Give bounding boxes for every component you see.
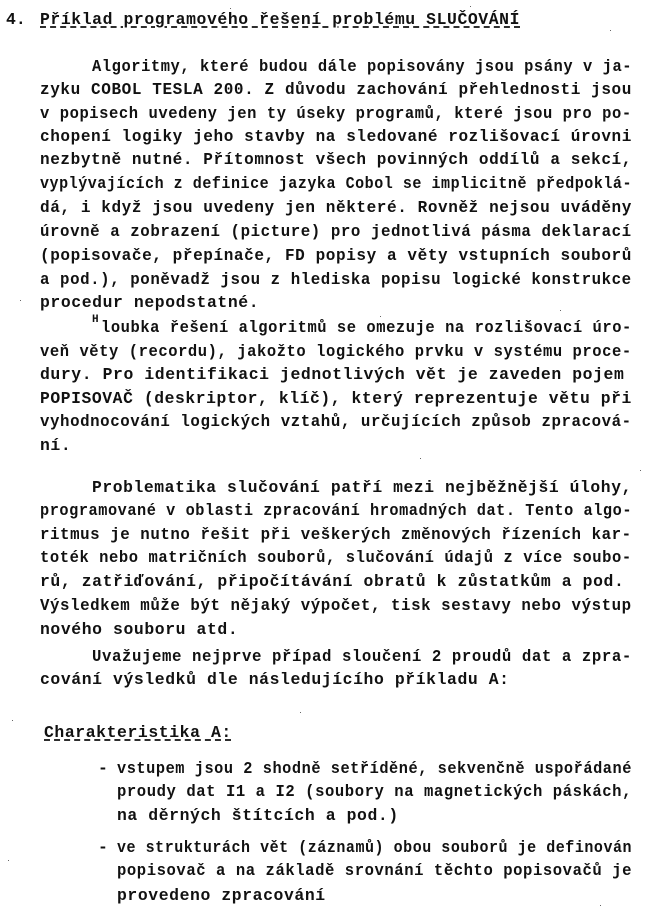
text-line: zyku COBOL TESLA 200. Z důvodu zachování… (40, 80, 632, 100)
text-line: cování výsledků dle následujícího příkla… (40, 670, 510, 690)
text-line: provedeno zpracování (117, 886, 326, 906)
document-page: 4. Příklad programového řešení problému … (0, 0, 665, 913)
drop-letter: H (92, 314, 99, 326)
text-line: programované v oblasti zpracování hromad… (40, 501, 632, 521)
text-line: vyhodnocování logických vztahů, určující… (40, 412, 632, 432)
text-line: vyplývajících z definice jazyka Cobol se… (40, 174, 632, 194)
text-line: na děrných štítcích a pod.) (117, 806, 399, 826)
text-line: veň věty (recordu), jakožto logického pr… (40, 342, 632, 362)
text-line: toték nebo matričních souborů, slučování… (40, 548, 632, 568)
text-line: nezbytně nutné. Přítomnost všech povinný… (40, 150, 632, 170)
text-line: POPISOVAČ (deskriptor, klíč), který repr… (40, 389, 632, 409)
text-line: loubka řešení algoritmů se omezuje na ro… (101, 318, 632, 338)
text-line: v popisech uvedeny jen ty úseky programů… (40, 104, 632, 124)
text-line: ve strukturách vět (záznamů) obou soubor… (117, 838, 632, 858)
text-line: Výsledkem může být nějaký výpočet, tisk … (40, 596, 632, 616)
text-line: dury. Pro identifikaci jednotlivých vět … (40, 365, 624, 385)
text-line: dá, i když jsou uvedeny jen některé. Rov… (40, 198, 632, 218)
text-line: ní. (40, 436, 71, 456)
text-line: vstupem jsou 2 shodně setříděné, sekvenč… (117, 759, 632, 779)
bullet-dash: - (98, 759, 108, 779)
bullet-dash: - (98, 838, 108, 858)
text-line: (popisovače, přepínače, FD popisy a věty… (40, 246, 632, 266)
section-title: Příklad programového řešení problému SLU… (40, 10, 520, 30)
text-line: Uvažujeme nejprve případ sloučení 2 prou… (92, 647, 632, 667)
text-line: popisovač a na základě srovnání těchto p… (117, 861, 632, 881)
characteristics-heading: Charakteristika A: (44, 723, 232, 743)
text-line: proudy dat I1 a I2 (soubory na magnetick… (117, 782, 632, 802)
text-line: procedur nepodstatné. (40, 293, 259, 313)
text-line: nového souboru atd. (40, 620, 238, 640)
section-number: 4. (6, 10, 26, 30)
text-line: úrovně a zobrazení (picture) pro jednotl… (40, 222, 632, 242)
text-line: Problematika slučování patří mezi nejběž… (92, 478, 632, 498)
text-line: chopení logiky jeho stavby na sledované … (40, 127, 632, 147)
text-line: Algoritmy, které budou dále popisovány j… (92, 57, 632, 77)
text-line: a pod.), poněvadž jsou z hlediska popisu… (40, 270, 632, 290)
text-line: rů, zatřiďování, připočítávání obratů k … (40, 572, 624, 592)
text-line: ritmus je nutno řešit při veškerých změn… (40, 525, 632, 545)
